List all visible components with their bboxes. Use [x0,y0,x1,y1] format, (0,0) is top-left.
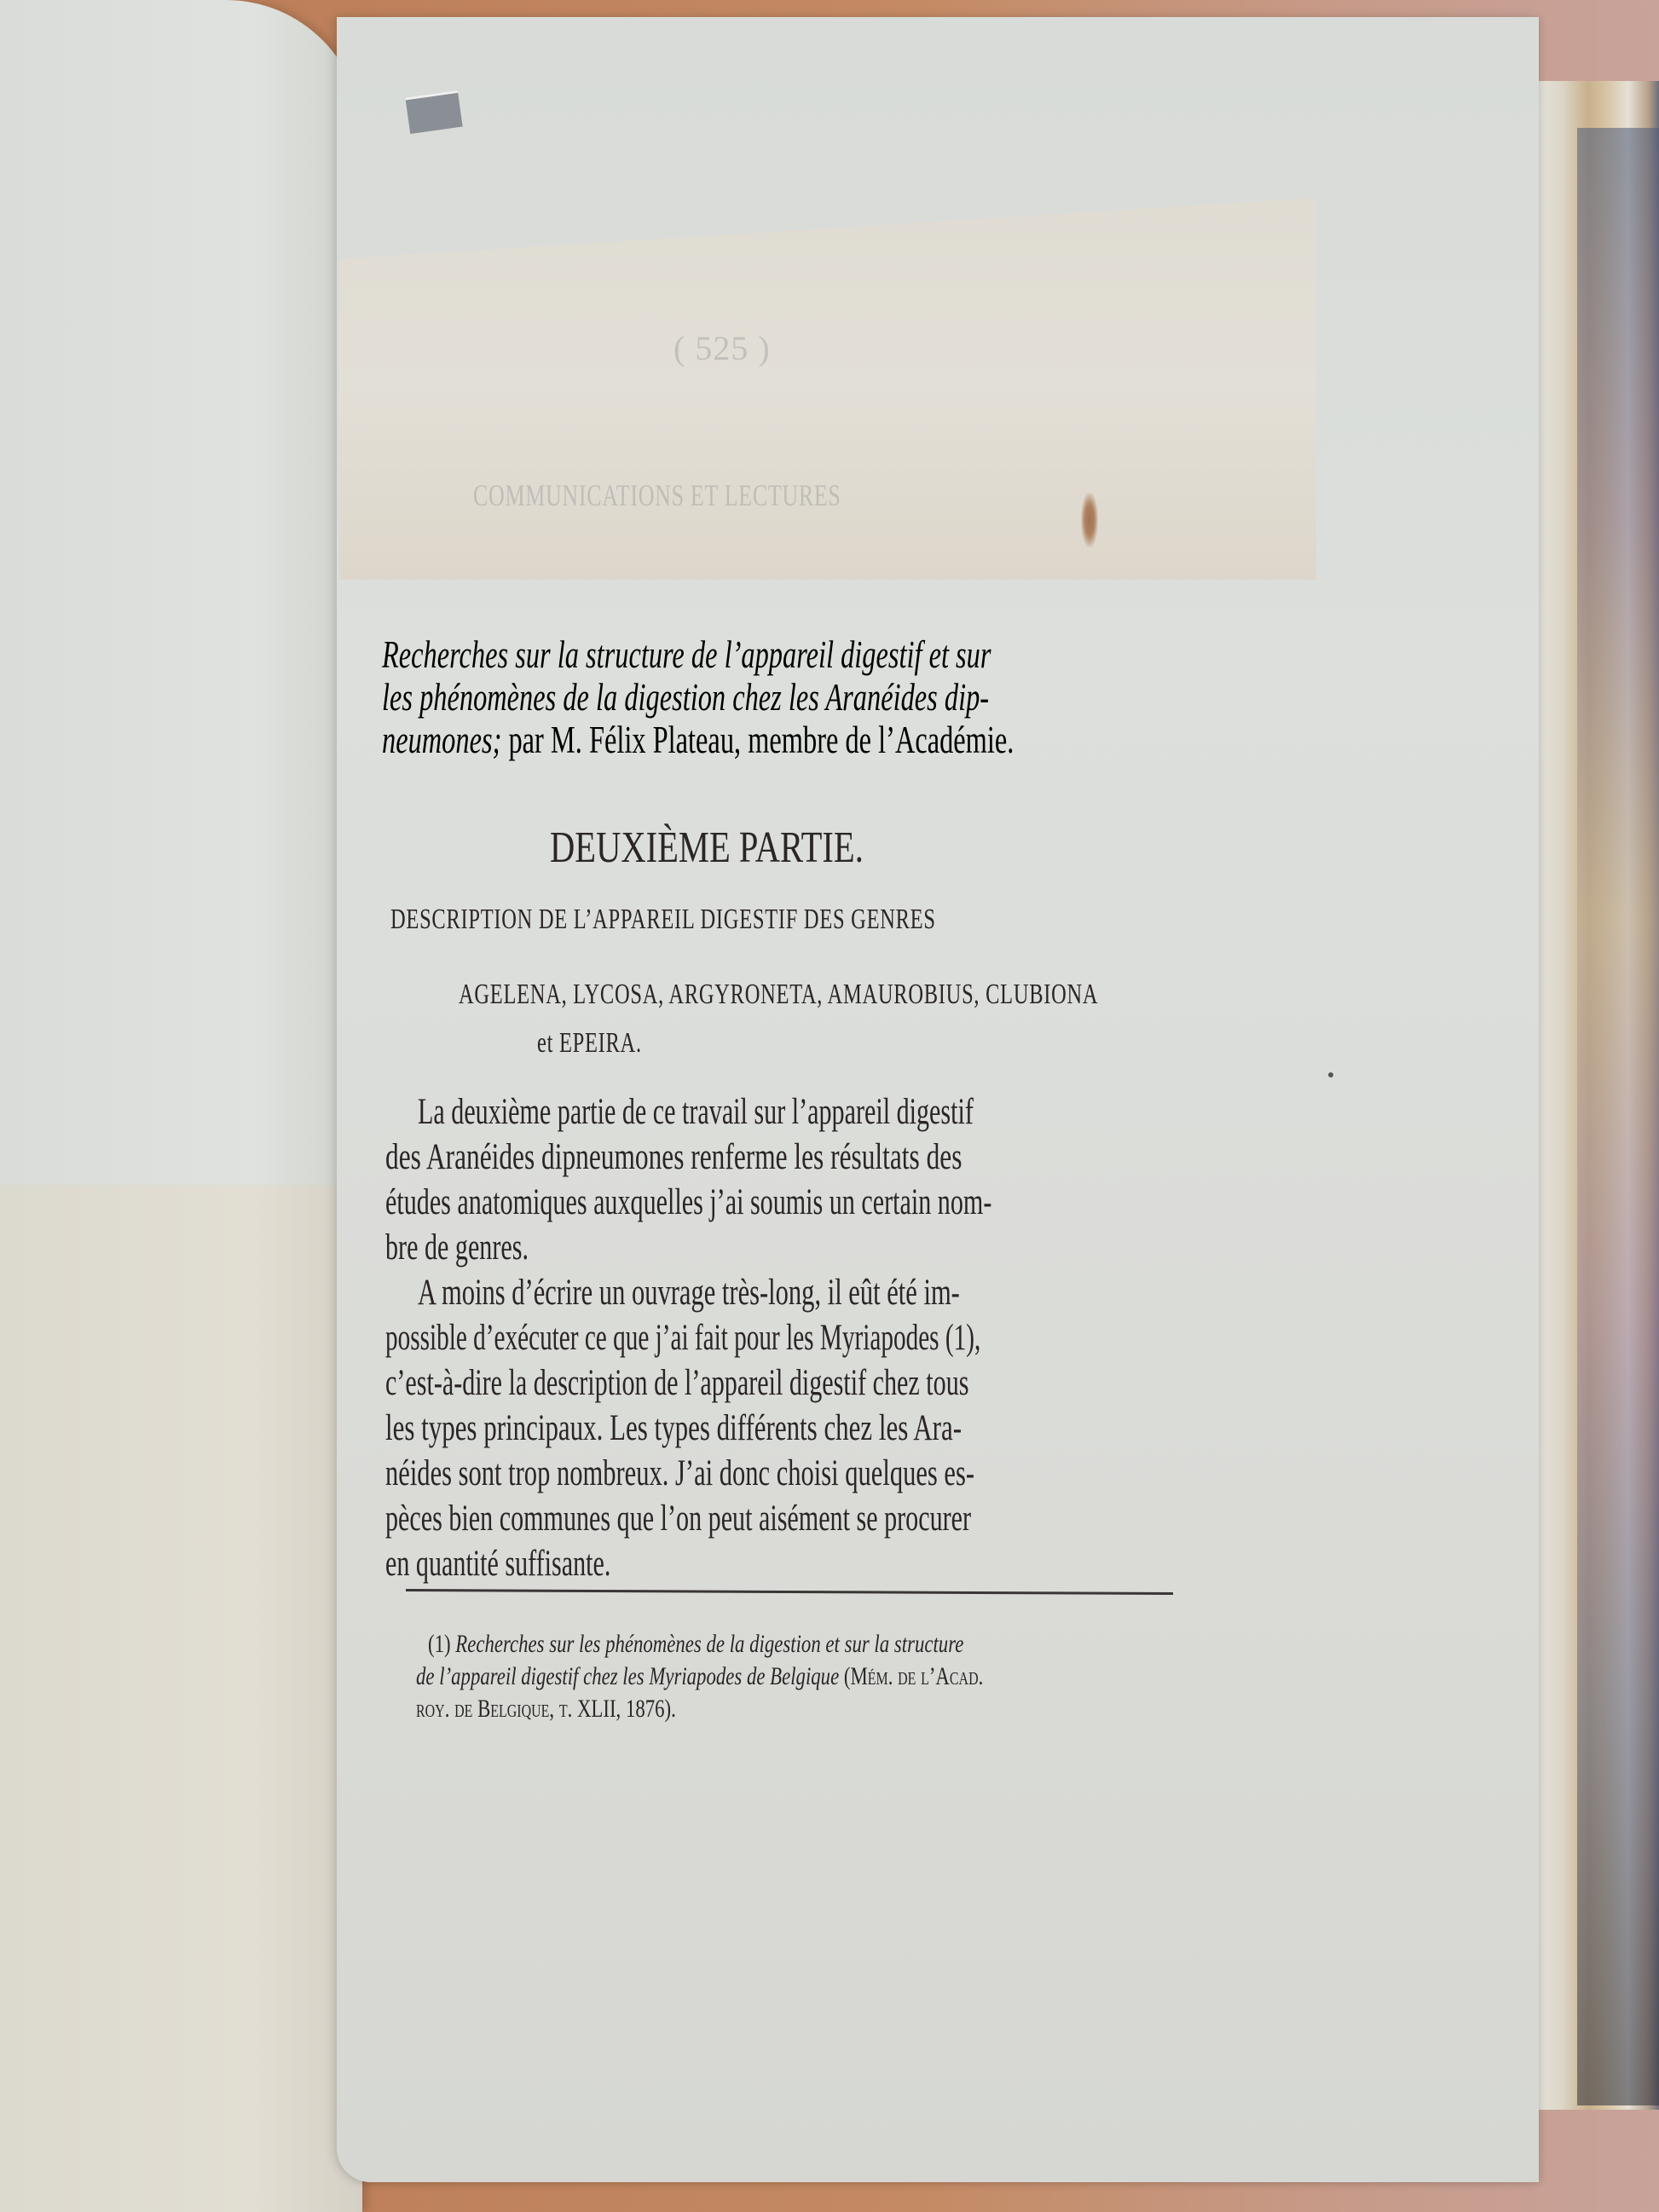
section-heading-line-2: AGELENA, LYCOSA, ARGYRONETA, AMAUROBIUS,… [459,979,1098,1011]
footnote-marker: (1) [428,1630,451,1658]
paragraph-2-line-6: pèces bien communes que l’on peut aiséme… [385,1498,971,1539]
left-page-lower-tone [0,1185,362,2212]
paragraph-2-line-2: possible d’exécuter ce que j’ai fait pou… [385,1317,980,1359]
article-title-neumones: neumones; [382,719,501,761]
part-heading: DEUXIÈME PARTIE. [550,823,864,873]
pasted-paper-slip [339,198,1316,580]
footnote-line-1: (1) Recherches sur les phénomènes de la … [428,1630,963,1659]
paragraph-2-line-3: c’est-à-dire la description de l’apparei… [385,1362,968,1404]
rust-stain [1081,493,1098,547]
section-heading-line-1: DESCRIPTION DE L’APPAREIL DIGESTIF DES G… [390,904,936,936]
ghost-page-number: ( 525 ) [673,328,771,368]
footnote-line-3: roy. de Belgique, t. XLII, 1876). [416,1695,676,1724]
paragraph-2-line-4: les types principaux. Les types différen… [385,1407,962,1449]
footnote-line-2: de l’appareil digestif chez les Myriapod… [416,1662,983,1691]
page-tab-marker [405,90,462,134]
paragraph-1-line-3: études anatomiques auxquelles j’ai soumi… [385,1181,991,1223]
footnote-title-part-2: de l’appareil digestif chez les Myriapod… [416,1662,839,1690]
paragraph-2-line-5: néides sont trop nombreux. J’ai donc cho… [385,1453,974,1494]
paragraph-1-line-4: bre de genres. [385,1227,529,1268]
article-title-line-1: Recherches sur la structure de l’apparei… [382,632,991,677]
section-heading-line-3: et EPEIRA. [537,1027,642,1060]
article-title-line-2: les phénomènes de la digestion chez les … [382,675,989,719]
paragraph-2-line-1: A moins d’écrire un ouvrage très-long, i… [418,1272,960,1314]
paragraph-1-line-2: des Aranéides dipneumones renferme les r… [385,1136,962,1178]
paragraph-2-line-7: en quantité suffisante. [385,1543,610,1585]
article-author: par M. Félix Plateau, membre de l’Académ… [501,719,1014,761]
paper-speck [1328,1072,1333,1077]
marbled-cover-edge [1577,128,1659,2105]
article-title-line-3: neumones; par M. Félix Plateau, membre d… [382,718,1014,762]
footnote-title-part-1: Recherches sur les phénomènes de la dige… [455,1630,963,1658]
paragraph-1-line-1: La deuxième partie de ce travail sur l’a… [418,1091,974,1133]
ghost-section-heading: COMMUNICATIONS ET LECTURES [473,477,841,513]
footnote-source-part-1: (Mém. de l’Acad. [839,1662,983,1690]
